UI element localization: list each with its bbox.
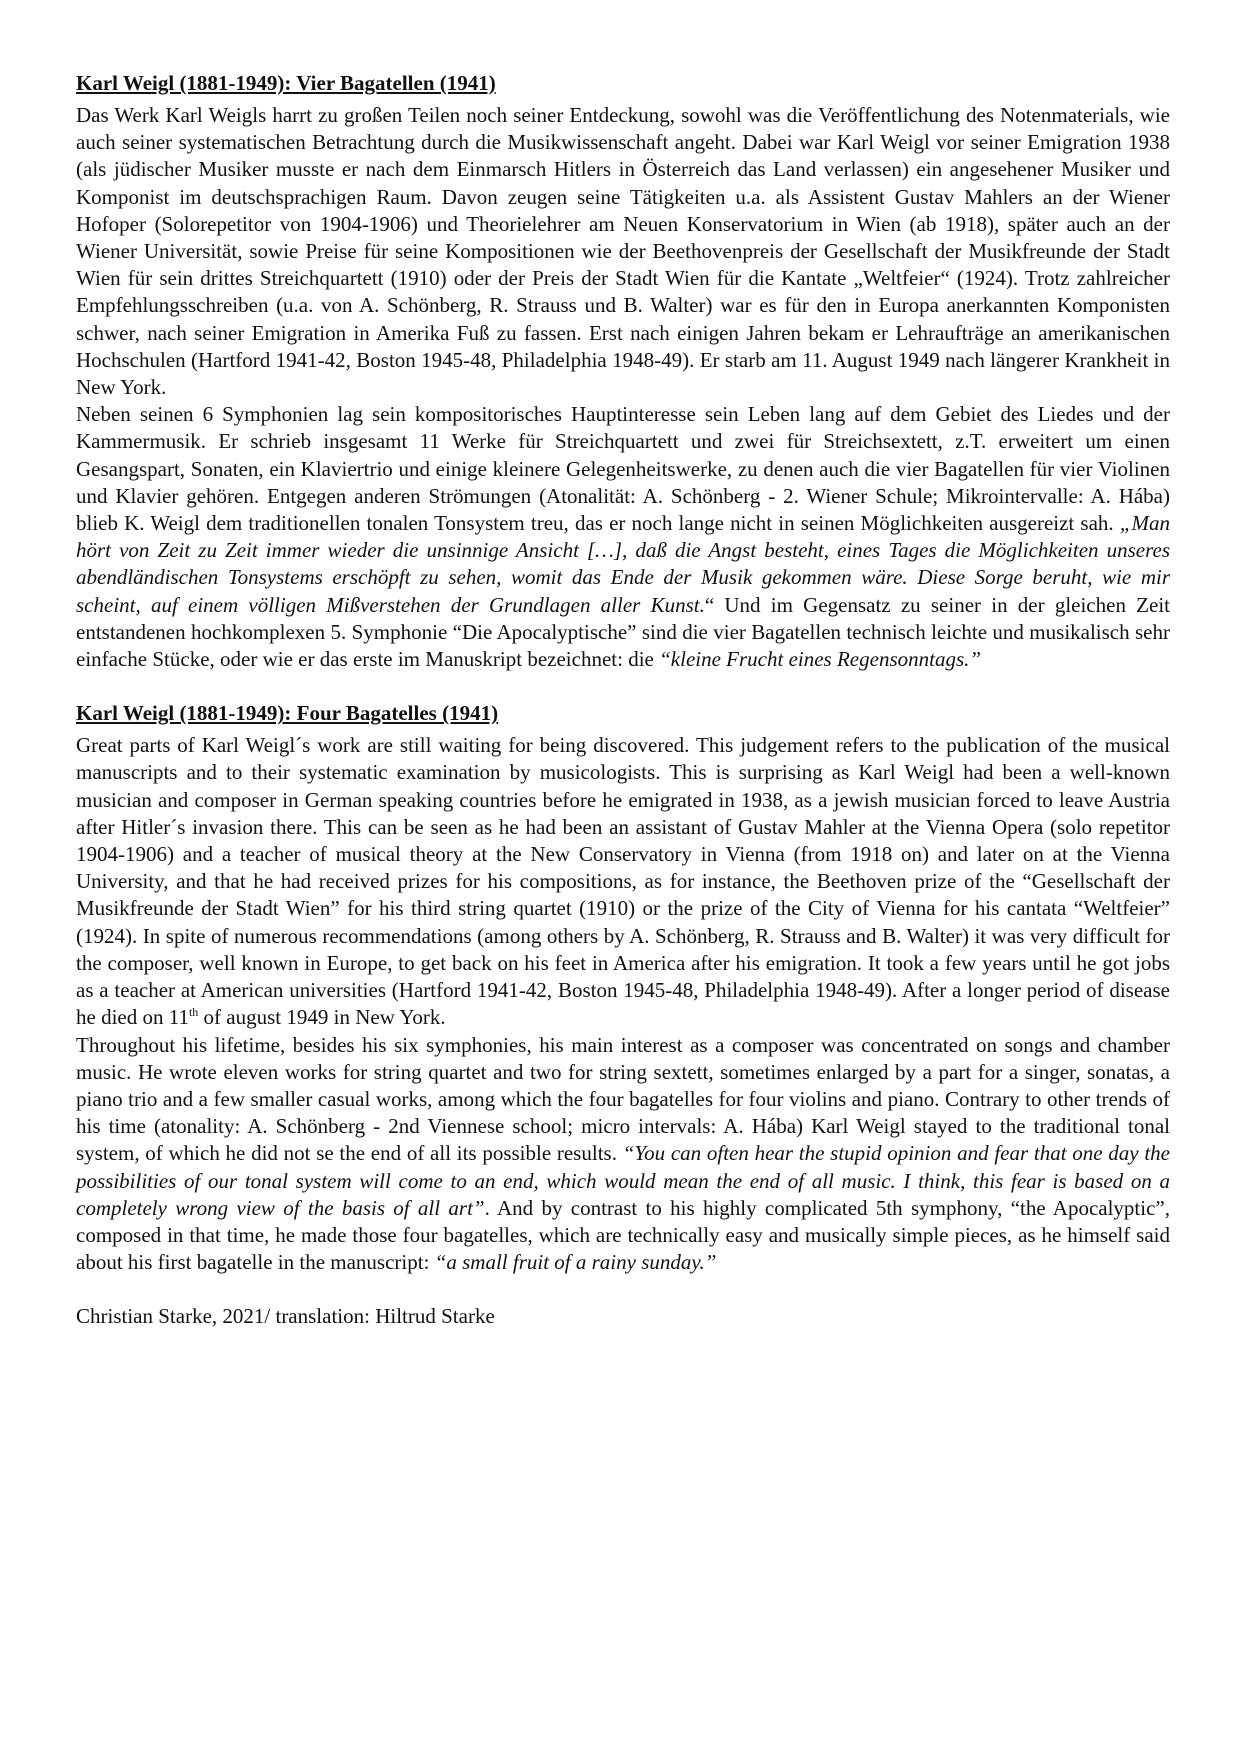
german-section: Karl Weigl (1881-1949): Vier Bagatellen …: [76, 70, 1170, 673]
german-heading: Karl Weigl (1881-1949): Vier Bagatellen …: [76, 70, 1170, 96]
german-paragraph-1: Das Werk Karl Weigls harrt zu großen Tei…: [76, 102, 1170, 401]
german-paragraph-2-text-a: Neben seinen 6 Symphonien lag sein kompo…: [76, 402, 1170, 535]
english-paragraph-1: Great parts of Karl Weigl´s work are sti…: [76, 732, 1170, 1031]
english-quote-2: “a small fruit of a rainy sunday.”: [435, 1250, 717, 1274]
english-paragraph-1-text-b: of august 1949 in New York.: [198, 1005, 445, 1029]
author-signature: Christian Starke, 2021/ translation: Hil…: [76, 1303, 1170, 1330]
english-heading: Karl Weigl (1881-1949): Four Bagatelles …: [76, 700, 1170, 726]
english-paragraph-1-text-a: Great parts of Karl Weigl´s work are sti…: [76, 733, 1170, 1029]
german-paragraph-2: Neben seinen 6 Symphonien lag sein kompo…: [76, 401, 1170, 673]
german-quote-2: “kleine Frucht eines Regensonntags.”: [659, 647, 981, 671]
ordinal-suffix: th: [189, 1005, 198, 1019]
document-page: Karl Weigl (1881-1949): Vier Bagatellen …: [76, 70, 1170, 1330]
english-paragraph-2: Throughout his lifetime, besides his six…: [76, 1032, 1170, 1277]
english-section: Karl Weigl (1881-1949): Four Bagatelles …: [76, 700, 1170, 1276]
